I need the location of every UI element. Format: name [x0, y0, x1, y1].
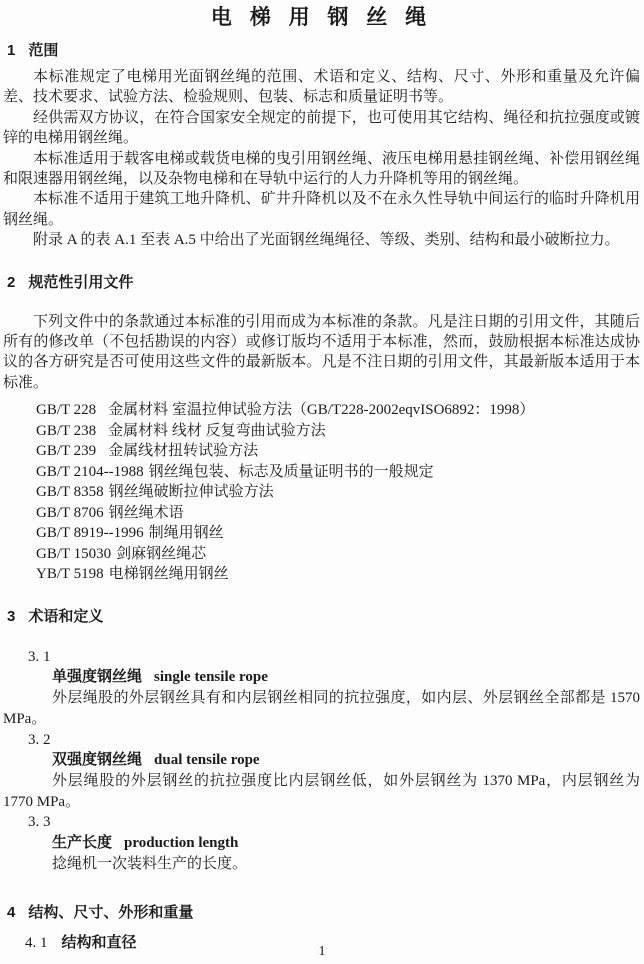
- reference-item: GB/T 239金属线材扭转试验方法: [36, 441, 640, 462]
- reference-item: GB/T 8919--1996制绳用钢丝: [36, 523, 640, 544]
- document-page: 电 梯 用 钢 丝 绳 1范围 本标准规定了电梯用光面钢丝绳的范围、术语和定义、…: [0, 0, 644, 964]
- section-number: 1: [7, 42, 15, 59]
- term-line: 双强度钢丝绳dual tensile rope: [52, 750, 640, 771]
- section-number: 3: [7, 608, 15, 625]
- normative-refs-intro: 下列文件中的条款通过本标准的引用而成为本标准的条款。凡是注日期的引用文件，其随后…: [3, 312, 640, 394]
- reference-item: GB/T 15030剑麻钢丝绳芯: [36, 544, 640, 565]
- clause-number: 3. 2: [28, 730, 640, 751]
- section-label: 术语和定义: [28, 608, 103, 625]
- term-definition: 外层绳股的外层钢丝的抗拉强度比内层钢丝低，如外层钢丝为 1370 MPa，内层钢…: [3, 771, 640, 812]
- reference-title: 金属线材扭转试验方法: [108, 443, 258, 459]
- section-label: 规范性引用文件: [28, 274, 133, 291]
- term-definition: 外层绳股的外层钢丝具有和内层钢丝相同的抗拉强度，如内层、外层钢丝全部都是 157…: [3, 688, 640, 729]
- reference-item: GB/T 228金属材料 室温拉伸试验方法（GB/T228-2002eqvISO…: [36, 400, 640, 421]
- paragraph: 经供需双方协议，在符合国家安全规定的前提下，也可使用其它结构、绳径和抗拉强度或镀…: [3, 108, 640, 149]
- clause-number: 3. 3: [28, 812, 640, 833]
- reference-code: GB/T 239: [36, 443, 96, 459]
- page-number: 1: [0, 942, 644, 962]
- section-number: 4: [7, 904, 15, 921]
- reference-code: GB/T 2104--1988: [36, 464, 144, 480]
- section-heading-structure: 4结构、尺寸、外形和重量: [7, 903, 640, 923]
- section-number: 2: [7, 274, 15, 291]
- reference-item: GB/T 8706钢丝绳术语: [36, 503, 640, 524]
- reference-item: GB/T 8358钢丝绳破断拉伸试验方法: [36, 482, 640, 503]
- reference-code: GB/T 15030: [36, 546, 111, 562]
- term-definition: 捻绳机一次装料生产的长度。: [3, 854, 640, 875]
- paragraph: 附录 A 的表 A.1 至表 A.5 中给出了光面钢丝绳绳径、等级、类别、结构和…: [3, 230, 640, 250]
- clause-number: 3. 1: [28, 647, 640, 668]
- term-line: 生产长度production length: [52, 833, 640, 854]
- term-line: 单强度钢丝绳single tensile rope: [52, 667, 640, 688]
- term-en: single tensile rope: [154, 669, 268, 685]
- paragraph: 本标准不适用于建筑工地升降机、矿井升降机以及不在永久性导轨中间运行的临时升降机用…: [3, 189, 640, 230]
- reference-title: 电梯钢丝绳用钢丝: [109, 566, 229, 582]
- reference-item: GB/T 2104--1988钢丝绳包装、标志及质量证明书的一般规定: [36, 462, 640, 483]
- doc-title: 电 梯 用 钢 丝 绳: [3, 4, 640, 32]
- reference-item: GB/T 238金属材料 线材 反复弯曲试验方法: [36, 421, 640, 442]
- reference-title: 剑麻钢丝绳芯: [116, 546, 206, 562]
- reference-code: GB/T 238: [36, 423, 96, 439]
- scope-body: 本标准规定了电梯用光面钢丝绳的范围、术语和定义、结构、尺寸、外形和重量及允许偏差…: [3, 67, 640, 251]
- section-label: 结构、尺寸、外形和重量: [28, 904, 193, 921]
- reference-title: 钢丝绳破断拉伸试验方法: [109, 484, 274, 500]
- term-cn: 生产长度: [52, 834, 112, 851]
- paragraph: 本标准适用于载客电梯或载货电梯的曳引用钢丝绳、液压电梯用悬挂钢丝绳、补偿用钢丝绳…: [3, 149, 640, 190]
- reference-title: 金属材料 线材 反复弯曲试验方法: [108, 423, 326, 439]
- terms-block: 3. 1 单强度钢丝绳single tensile rope 外层绳股的外层钢丝…: [3, 647, 640, 875]
- reference-title: 制绳用钢丝: [149, 525, 224, 541]
- reference-code: GB/T 8706: [36, 505, 104, 521]
- reference-item: YB/T 5198电梯钢丝绳用钢丝: [36, 564, 640, 585]
- reference-code: GB/T 228: [36, 402, 96, 418]
- reference-title: 钢丝绳包装、标志及质量证明书的一般规定: [149, 464, 434, 480]
- reference-code: YB/T 5198: [36, 566, 104, 582]
- reference-code: GB/T 8358: [36, 484, 104, 500]
- paragraph: 本标准规定了电梯用光面钢丝绳的范围、术语和定义、结构、尺寸、外形和重量及允许偏差…: [3, 67, 640, 108]
- section-heading-normative-refs: 2规范性引用文件: [7, 273, 640, 293]
- reference-list: GB/T 228金属材料 室温拉伸试验方法（GB/T228-2002eqvISO…: [36, 400, 640, 585]
- section-heading-scope: 1范围: [7, 41, 640, 61]
- term-cn: 双强度钢丝绳: [52, 751, 142, 768]
- term-en: production length: [124, 835, 238, 851]
- term-en: dual tensile rope: [154, 752, 260, 768]
- section-heading-terms: 3术语和定义: [7, 607, 640, 627]
- reference-title: 钢丝绳术语: [109, 505, 184, 521]
- reference-title: 金属材料 室温拉伸试验方法（GB/T228-2002eqvISO6892：199…: [108, 402, 534, 418]
- term-cn: 单强度钢丝绳: [52, 668, 142, 685]
- reference-code: GB/T 8919--1996: [36, 525, 144, 541]
- section-label: 范围: [28, 42, 58, 59]
